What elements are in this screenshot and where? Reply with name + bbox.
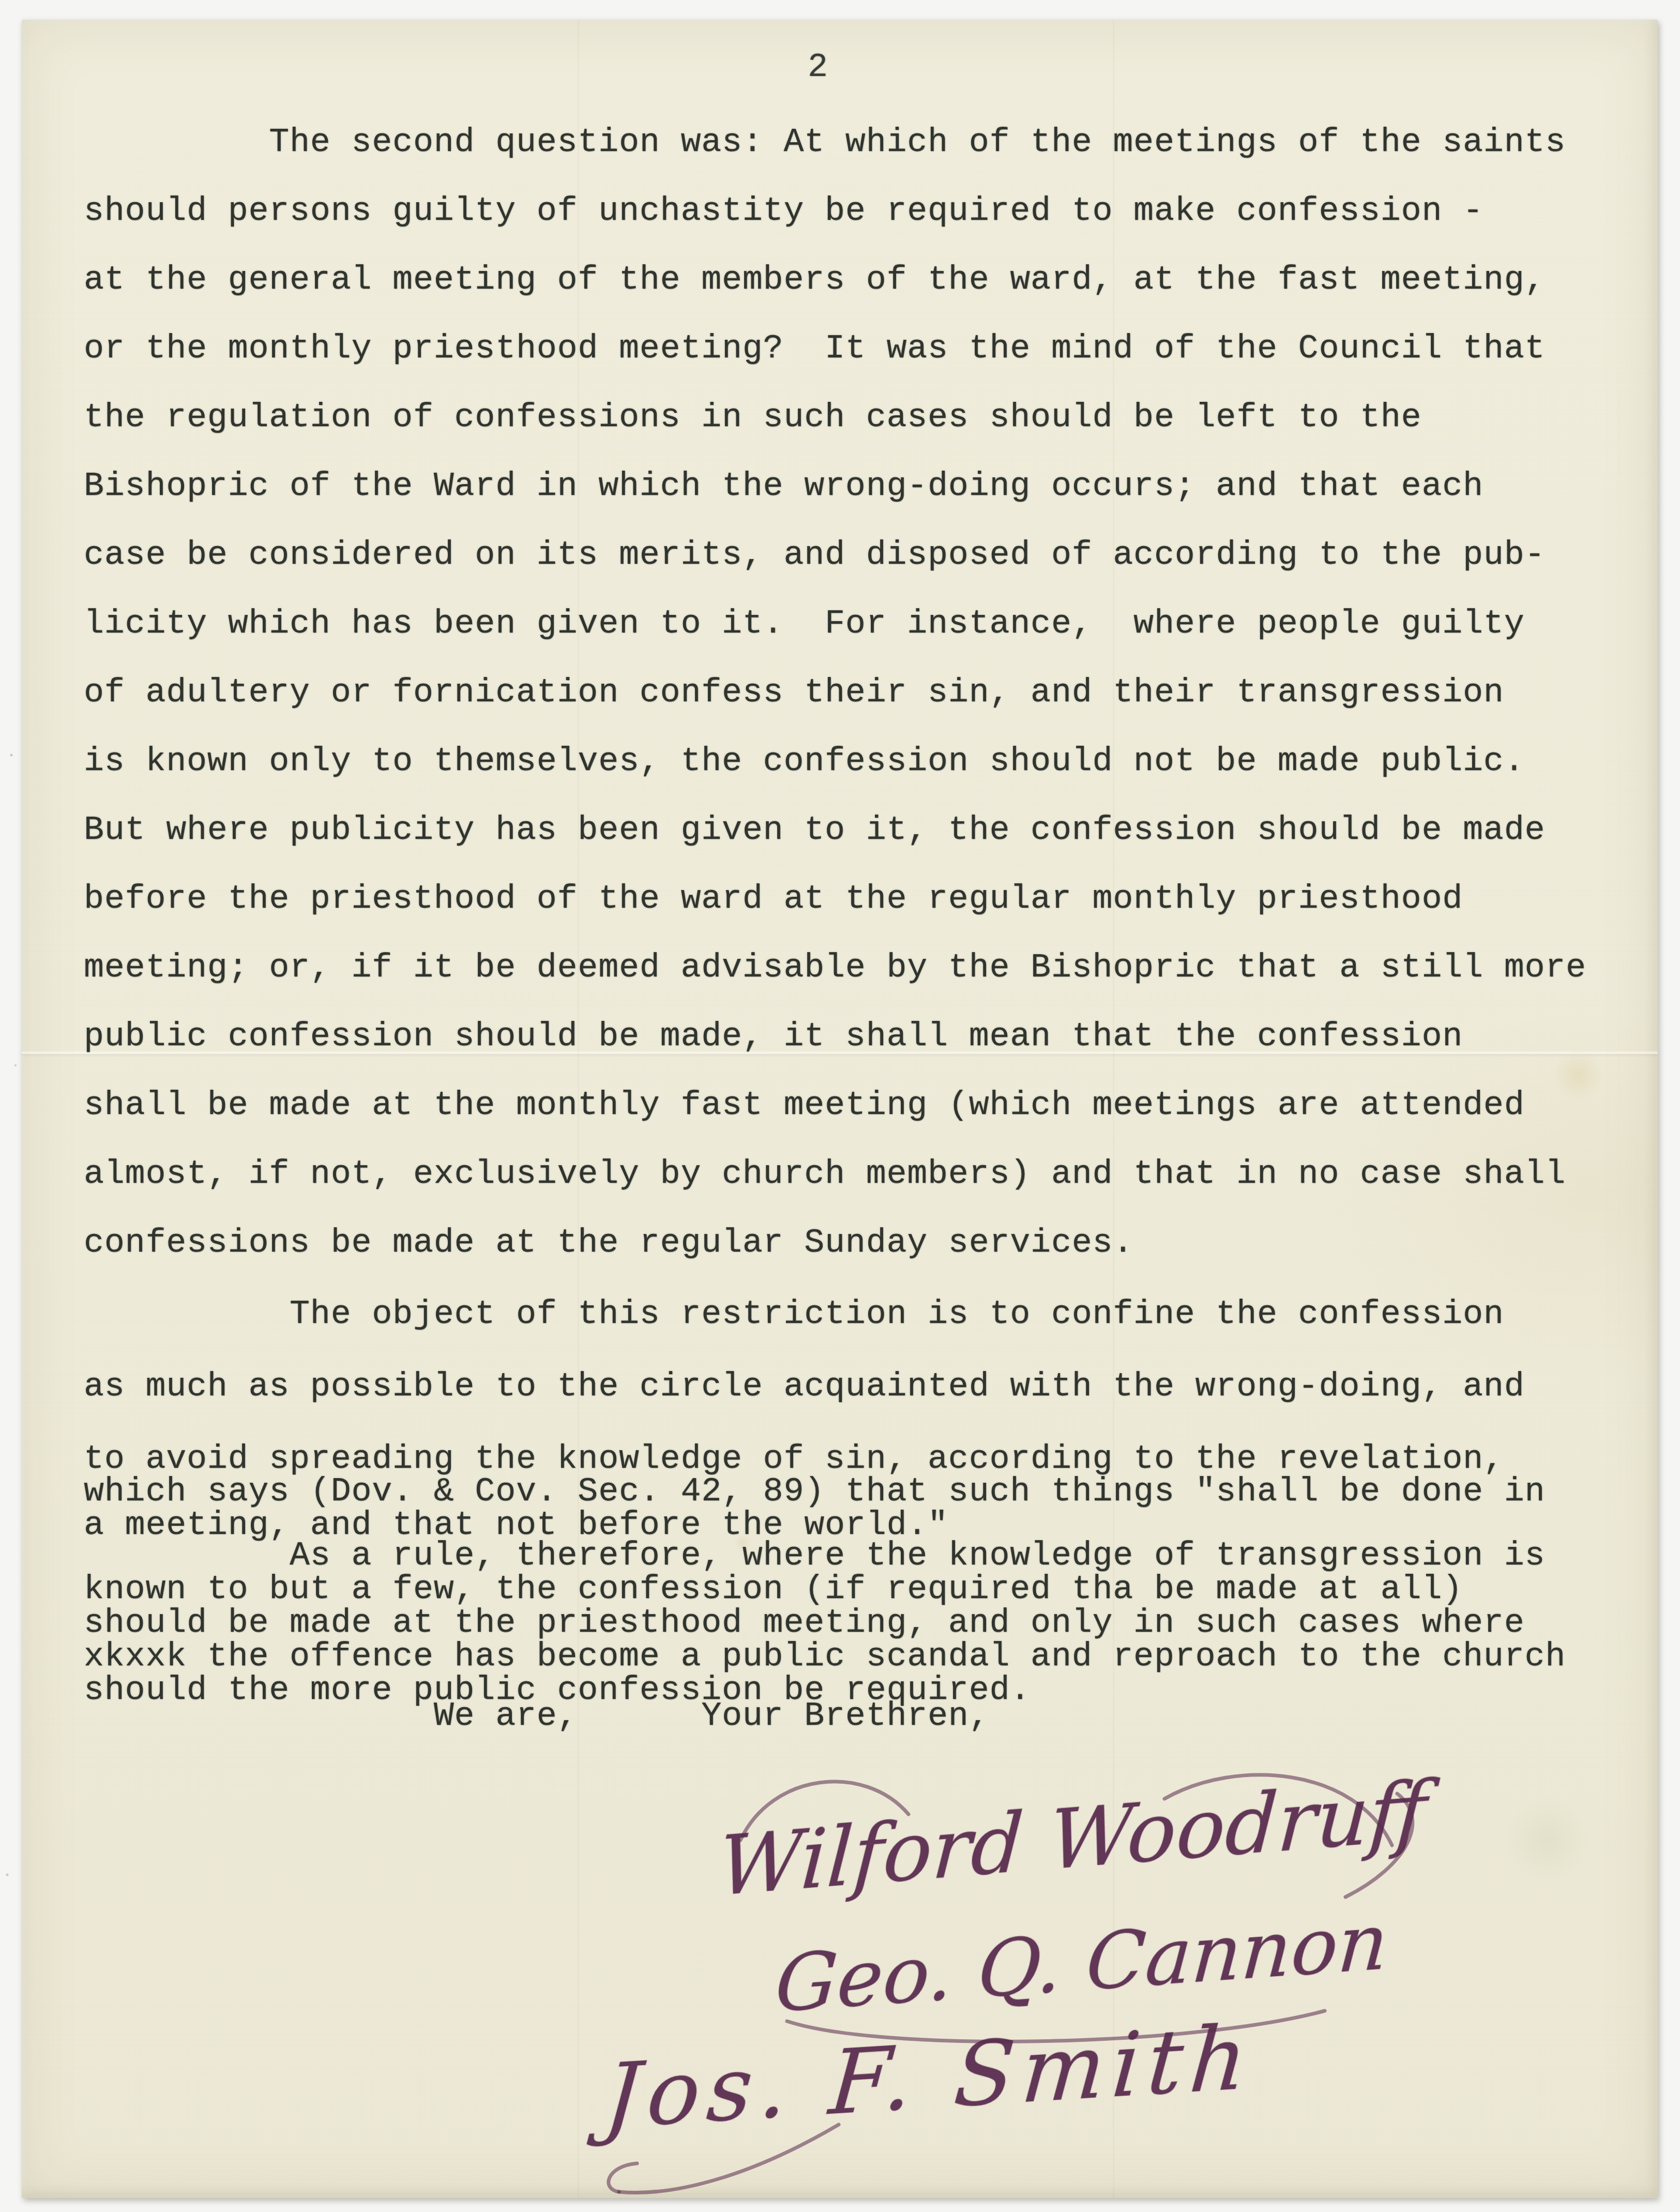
signature-jos-f-smith: Jos. F. Smith	[601, 2006, 1258, 2149]
typewritten-line: should persons guilty of unchastity be r…	[84, 177, 1586, 246]
paragraph-2-opening: The object of this restriction is to con…	[84, 1278, 1524, 1495]
typewritten-line: public confession should be made, it sha…	[84, 1002, 1586, 1071]
typewritten-line: The object of this restriction is to con…	[84, 1278, 1524, 1350]
typewritten-line: licity which has been given to it. For i…	[84, 590, 1586, 658]
typewritten-line: xkxxk the offence has become a public sc…	[84, 1641, 1566, 1674]
typewritten-line: or the monthly priesthood meeting? It wa…	[84, 314, 1586, 383]
typewritten-line: the regulation of confessions in such ca…	[84, 383, 1586, 452]
typewritten-line: confessions be made at the regular Sunda…	[84, 1209, 1586, 1277]
typewritten-line: almost, if not, exclusively by church me…	[84, 1140, 1586, 1209]
page-number: 2	[808, 48, 828, 86]
paragraph-1: The second question was: At which of the…	[84, 108, 1586, 1277]
typewritten-line: Bishopric of the Ward in which the wrong…	[84, 452, 1586, 521]
typewritten-line: known to but a few, the confession (if r…	[84, 1573, 1566, 1607]
typewritten-line: But where publicity has been given to it…	[84, 796, 1586, 865]
typewritten-line: We are, Your Brethren,	[84, 1700, 989, 1734]
paragraph-3: As a rule, therefore, where the knowledg…	[84, 1540, 1566, 1708]
typewritten-line: is known only to themselves, the confess…	[84, 727, 1586, 796]
letter-paper: 2 The second question was: At which of t…	[22, 20, 1658, 2198]
typewritten-line: case be considered on its merits, and di…	[84, 521, 1586, 590]
typewritten-line: which says (Dov. & Cov. Sec. 42, 89) tha…	[84, 1476, 1545, 1509]
signature-wilford-woodruff: Wilford Woodruff	[716, 1764, 1430, 1915]
scanned-letter-page: 2 The second question was: At which of t…	[0, 0, 1680, 2212]
typewritten-line: should be made at the priesthood meeting…	[84, 1607, 1566, 1641]
typewritten-line: before the priesthood of the ward at the…	[84, 865, 1586, 934]
paragraph-2-continuation: which says (Dov. & Cov. Sec. 42, 89) tha…	[84, 1476, 1545, 1543]
typewritten-line: shall be made at the monthly fast meetin…	[84, 1071, 1586, 1140]
typewritten-line: as much as possible to the circle acquai…	[84, 1350, 1524, 1423]
typewritten-line: at the general meeting of the members of…	[84, 246, 1586, 314]
typewritten-line: meeting; or, if it be deemed advisable b…	[84, 934, 1586, 1002]
closing-line: We are, Your Brethren,	[84, 1700, 989, 1734]
typewritten-line: of adultery or fornication confess their…	[84, 658, 1586, 727]
typewritten-line: The second question was: At which of the…	[84, 108, 1586, 177]
typewritten-line: As a rule, therefore, where the knowledg…	[84, 1540, 1566, 1573]
signature-geo-q-cannon: Geo. Q. Cannon	[773, 1897, 1391, 2030]
